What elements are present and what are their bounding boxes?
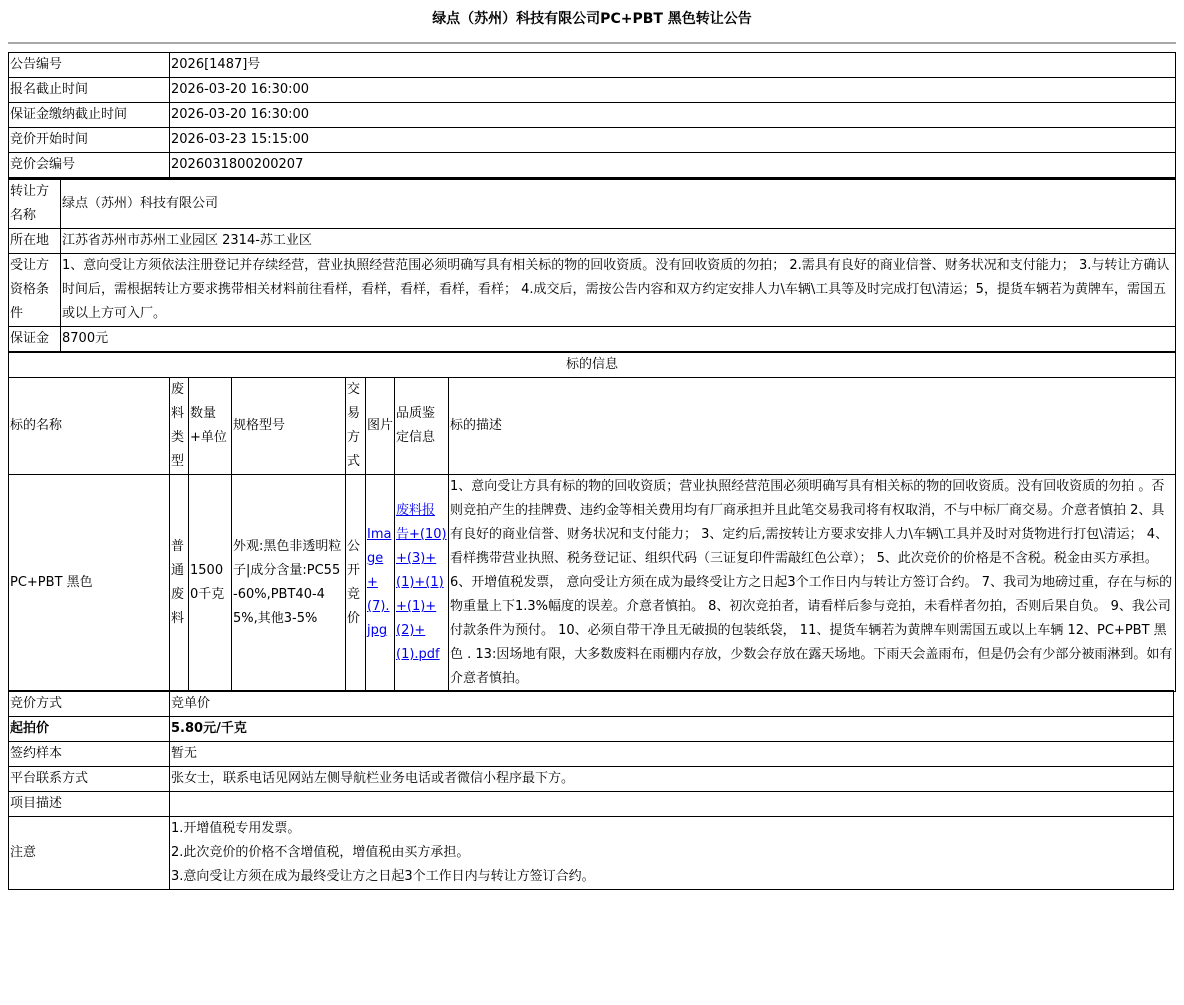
table-row: PC+PBT 黑色 普通废料 15000千克 外观:黑色非透明粒子|成分含量:P… (9, 475, 1176, 692)
table-row: 报名截止时间 2026-03-20 16:30:00 (9, 78, 1176, 103)
transferor-name-label: 转让方名称 (9, 179, 61, 229)
deposit-deadline-value: 2026-03-20 16:30:00 (170, 103, 1176, 128)
item-trade-method: 公开竞价 (346, 475, 366, 692)
contract-sample-value: 暂无 (170, 742, 1174, 767)
notes-value: 1.开增值税专用发票。 2.此次竞价的价格不含增值税，增值税由买方承担。 3.意… (170, 817, 1174, 890)
image-file-link[interactable]: Image+(7).jpg (367, 527, 391, 638)
auction-no-value: 2026031800200207 (170, 153, 1176, 178)
title-divider (8, 42, 1176, 44)
announcement-no-label: 公告编号 (9, 53, 170, 78)
table-row: 竞价方式 竞单价 (9, 691, 1174, 717)
header-quantity: 数量+单位 (189, 378, 232, 475)
table-header-row: 标的名称 废料类型 数量+单位 规格型号 交易方式 图片 品质鉴定信息 标的描述 (9, 378, 1176, 475)
table-row: 竞价会编号 2026031800200207 (9, 153, 1176, 178)
auction-no-label: 竞价会编号 (9, 153, 170, 178)
project-desc-label: 项目描述 (9, 792, 170, 817)
header-image: 图片 (366, 378, 395, 475)
header-trade-method: 交易方式 (346, 378, 366, 475)
contract-sample-label: 签约样本 (9, 742, 170, 767)
qualification-label: 受让方资格条件 (9, 254, 61, 327)
table-row: 保证金缴纳截止时间 2026-03-20 16:30:00 (9, 103, 1176, 128)
quality-report-link[interactable]: 废料报告+(10)+(3)+(1)+(1)+(1)+(2)+(1).pdf (396, 503, 447, 662)
location-label: 所在地 (9, 229, 61, 254)
table-row: 标的信息 (9, 352, 1176, 378)
header-item-name: 标的名称 (9, 378, 170, 475)
item-section-title: 标的信息 (9, 352, 1176, 378)
table-row: 受让方资格条件 1、意向受让方须依法注册登记并存续经营，营业执照经营范围必须明确… (9, 254, 1176, 327)
page-title: 绿点（苏州）科技有限公司PC+PBT 黑色转让公告 (0, 8, 1184, 30)
deposit-label: 保证金 (9, 327, 61, 352)
contact-label: 平台联系方式 (9, 767, 170, 792)
transferor-name-value: 绿点（苏州）科技有限公司 (61, 179, 1176, 229)
header-waste-type: 废料类型 (170, 378, 189, 475)
deposit-deadline-label: 保证金缴纳截止时间 (9, 103, 170, 128)
registration-deadline-label: 报名截止时间 (9, 78, 170, 103)
auction-start-label: 竞价开始时间 (9, 128, 170, 153)
basic-info-table: 公告编号 2026[1487]号 报名截止时间 2026-03-20 16:30… (8, 52, 1176, 178)
starting-price-label: 起拍价 (9, 717, 170, 742)
starting-price-value: 5.80元/千克 (170, 717, 1174, 742)
table-row: 平台联系方式 张女士，联系电话见网站左侧导航栏业务电话或者微信小程序最下方。 (9, 767, 1174, 792)
contact-value: 张女士，联系电话见网站左侧导航栏业务电话或者微信小程序最下方。 (170, 767, 1174, 792)
project-desc-value (170, 792, 1174, 817)
item-info-table: 标的信息 标的名称 废料类型 数量+单位 规格型号 交易方式 图片 品质鉴定信息… (8, 351, 1176, 692)
item-description: 1、意向受让方具有标的物的回收资质；营业执照经营范围必须明确写具有相关标的物的回… (449, 475, 1176, 692)
item-quantity: 15000千克 (189, 475, 232, 692)
table-row: 项目描述 (9, 792, 1174, 817)
qualification-value: 1、意向受让方须依法注册登记并存续经营，营业执照经营范围必须明确写具有相关标的物… (61, 254, 1176, 327)
bid-method-value: 竞单价 (170, 691, 1174, 717)
item-waste-type: 普通废料 (170, 475, 189, 692)
note-line: 2.此次竞价的价格不含增值税，增值税由买方承担。 (171, 841, 1172, 865)
item-image-cell: Image+(7).jpg (366, 475, 395, 692)
auction-info-table: 竞价方式 竞单价 起拍价 5.80元/千克 签约样本 暂无 平台联系方式 张女士… (8, 690, 1174, 890)
header-description: 标的描述 (449, 378, 1176, 475)
note-line: 1.开增值税专用发票。 (171, 817, 1172, 841)
deposit-value: 8700元 (61, 327, 1176, 352)
table-row: 转让方名称 绿点（苏州）科技有限公司 (9, 179, 1176, 229)
item-spec: 外观:黑色非透明粒子|成分含量:PC55-60%,PBT40-45%,其他3-5… (232, 475, 346, 692)
table-row: 公告编号 2026[1487]号 (9, 53, 1176, 78)
auction-start-value: 2026-03-23 15:15:00 (170, 128, 1176, 153)
table-row: 保证金 8700元 (9, 327, 1176, 352)
note-line: 3.意向受让方须在成为最终受让方之日起3个工作日内与转让方签订合约。 (171, 865, 1172, 889)
table-row: 竞价开始时间 2026-03-23 15:15:00 (9, 128, 1176, 153)
table-row: 注意 1.开增值税专用发票。 2.此次竞价的价格不含增值税，增值税由买方承担。 … (9, 817, 1174, 890)
table-row: 起拍价 5.80元/千克 (9, 717, 1174, 742)
item-quality-cell: 废料报告+(10)+(3)+(1)+(1)+(1)+(2)+(1).pdf (395, 475, 449, 692)
bid-method-label: 竞价方式 (9, 691, 170, 717)
notes-label: 注意 (9, 817, 170, 890)
header-quality-info: 品质鉴定信息 (395, 378, 449, 475)
table-row: 所在地 江苏省苏州市苏州工业园区 2314-苏工业区 (9, 229, 1176, 254)
registration-deadline-value: 2026-03-20 16:30:00 (170, 78, 1176, 103)
transferor-table: 转让方名称 绿点（苏州）科技有限公司 所在地 江苏省苏州市苏州工业园区 2314… (8, 178, 1176, 352)
header-spec: 规格型号 (232, 378, 346, 475)
item-name: PC+PBT 黑色 (9, 475, 170, 692)
table-row: 签约样本 暂无 (9, 742, 1174, 767)
location-value: 江苏省苏州市苏州工业园区 2314-苏工业区 (61, 229, 1176, 254)
announcement-no-value: 2026[1487]号 (170, 53, 1176, 78)
